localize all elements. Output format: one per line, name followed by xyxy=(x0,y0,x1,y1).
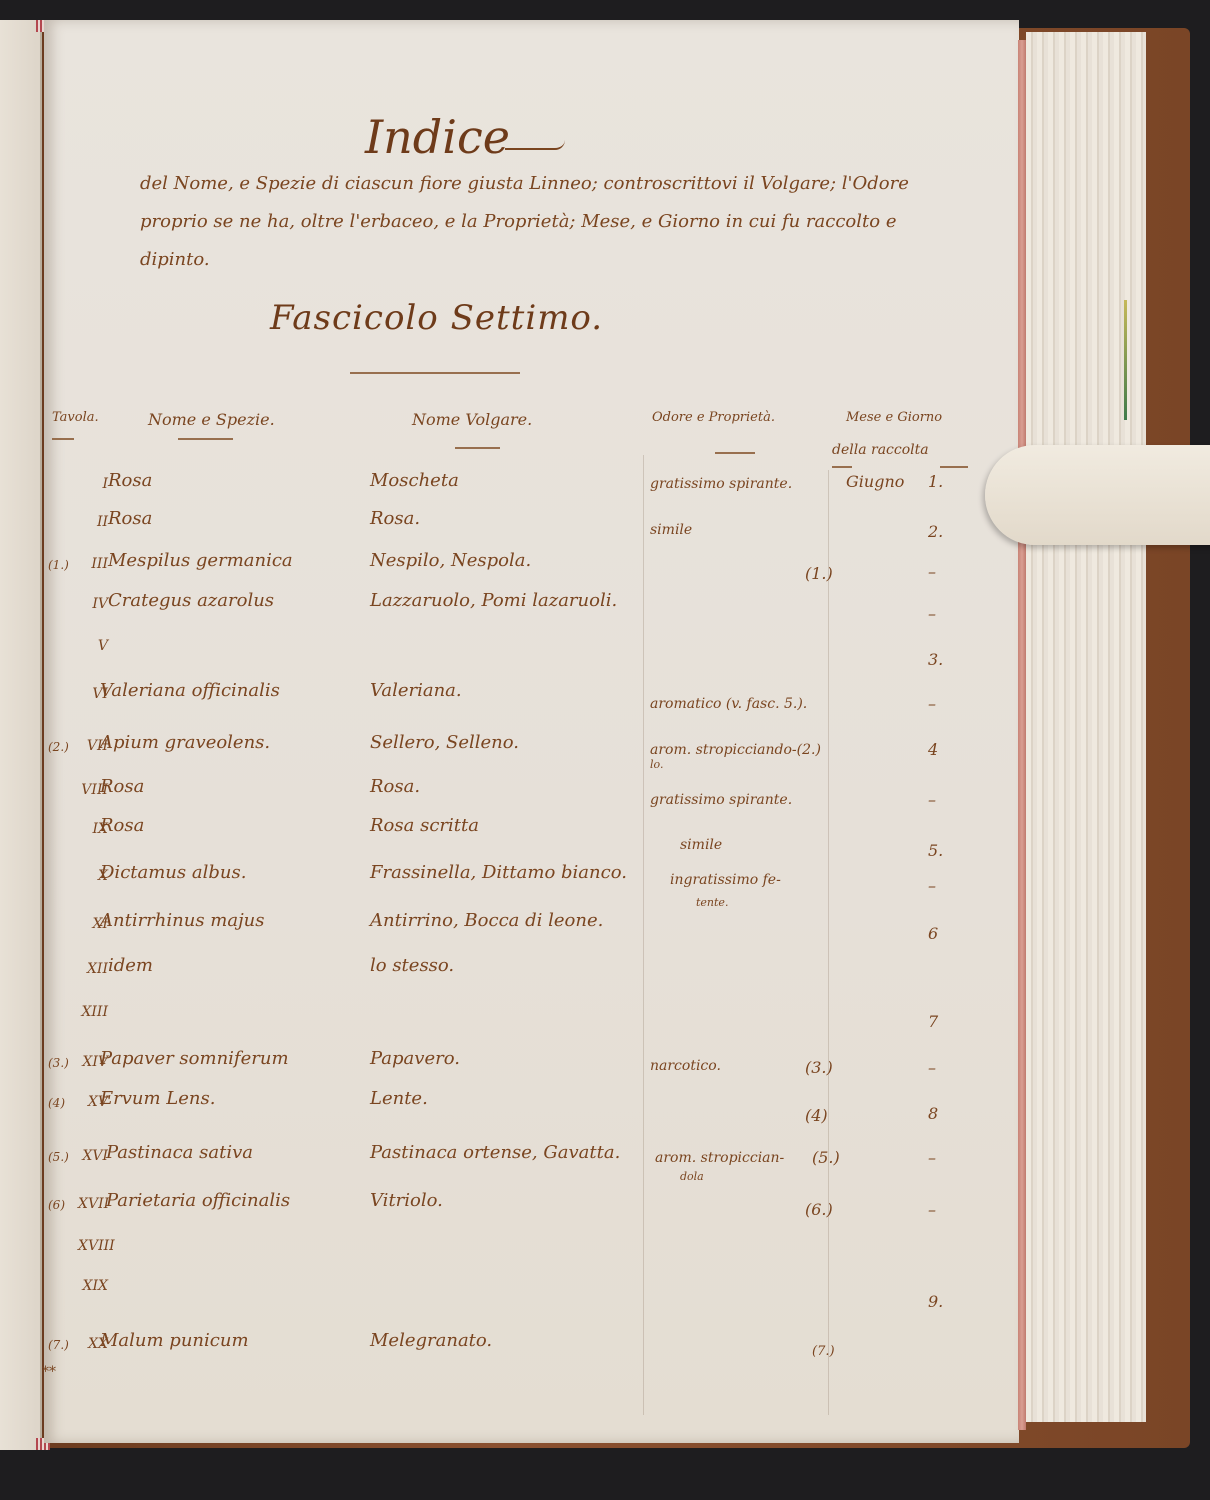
header-underline-nome xyxy=(178,438,233,440)
species-name: Dictamus albus. xyxy=(100,862,246,883)
day: – xyxy=(928,562,936,581)
table-row: (4) XV Ervum Lens. Lente. (4) 8 xyxy=(0,1088,1010,1128)
footnote-ref: (1.) xyxy=(805,564,833,583)
col-header-nome-spezie: Nome e Spezie. xyxy=(148,410,275,429)
species-name: Rosa xyxy=(108,470,152,491)
footnote-ref: (3.) xyxy=(805,1058,833,1077)
day: – xyxy=(928,876,936,895)
tavola-number: XIX xyxy=(78,1278,108,1294)
tavola-number: V xyxy=(78,638,108,654)
day: 9. xyxy=(928,1292,943,1311)
day: 8 xyxy=(928,1104,938,1123)
col-header-nome-volgare: Nome Volgare. xyxy=(412,410,532,429)
tavola-number: XVIII xyxy=(78,1238,108,1254)
section-heading: Fascicolo Settimo. xyxy=(270,298,603,338)
tavola-number: I xyxy=(78,476,108,492)
species-name: Valeriana officinalis xyxy=(100,680,280,701)
odore-proprieta: narcotico. xyxy=(650,1058,721,1074)
note-ref: (6) xyxy=(48,1198,65,1212)
species-name: Papaver somniferum xyxy=(100,1048,289,1069)
tavola-number: XVI xyxy=(78,1148,108,1164)
common-name: Moscheta xyxy=(370,470,459,491)
odore-continuation: lo. xyxy=(650,758,663,771)
day: 7 xyxy=(928,1012,938,1031)
day: 3. xyxy=(928,650,943,669)
tavola-number: IV xyxy=(78,596,108,612)
header-underline-tavola xyxy=(52,438,74,440)
day: – xyxy=(928,1200,936,1219)
table-row: XIX 9. xyxy=(0,1272,1010,1312)
red-page-edge xyxy=(1018,40,1026,1430)
common-name: Nespilo, Nespola. xyxy=(370,550,531,571)
month: Giugno xyxy=(846,472,904,491)
page-subtitle: del Nome, e Spezie di ciascun fiore gius… xyxy=(140,165,920,279)
common-name: Rosa scritta xyxy=(370,815,479,836)
table-row: X Dictamus albus. Frassinella, Dittamo b… xyxy=(0,862,1010,902)
odore-proprieta: aromatico (v. fasc. 5.). xyxy=(650,696,807,712)
species-name: idem xyxy=(108,955,153,976)
species-name: Rosa xyxy=(108,508,152,529)
col-header-mese-giorno: Mese e Giorno xyxy=(846,410,942,425)
table-row: V 3. xyxy=(0,632,1010,672)
table-row: VI Valeriana officinalis Valeriana. arom… xyxy=(0,680,1010,720)
table-row: (1.) III Mespilus germanica Nespilo, Nes… xyxy=(0,550,1010,590)
colored-plate-edge xyxy=(1124,300,1127,420)
note-ref: (3.) xyxy=(48,1056,69,1070)
footnote-ref: (5.) xyxy=(812,1148,840,1167)
common-name: Lente. xyxy=(370,1088,428,1109)
species-name: Antirrhinus majus xyxy=(100,910,265,931)
day: – xyxy=(928,790,936,809)
common-name: Pastinaca ortense, Gavatta. xyxy=(370,1142,620,1163)
header-underline-volgare xyxy=(455,447,500,449)
day: 5. xyxy=(928,841,943,860)
odore-proprieta: gratissimo spirante. xyxy=(650,476,792,492)
tavola-number: XVII xyxy=(78,1196,108,1212)
tavola-number: XII xyxy=(78,961,108,977)
day: 4 xyxy=(928,740,938,759)
odore-proprieta: gratissimo spirante. xyxy=(650,792,792,808)
table-row: XI Antirrhinus majus Antirrino, Bocca di… xyxy=(0,910,1010,950)
species-name: Malum punicum xyxy=(100,1330,249,1351)
odore-proprieta: arom. stropicciando-(2.) xyxy=(650,742,821,758)
common-name: Rosa. xyxy=(370,508,420,529)
common-name: Vitriolo. xyxy=(370,1190,443,1211)
common-name: Frassinella, Dittamo bianco. xyxy=(370,862,627,883)
marginal-mark-row: ** xyxy=(0,1356,1010,1396)
tavola-number: XIII xyxy=(78,1004,108,1020)
day: – xyxy=(928,1058,936,1077)
col-header-mese-giorno-sub: della raccolta xyxy=(832,442,929,458)
table-row: (6) XVII Parietaria officinalis Vitriolo… xyxy=(0,1190,1010,1230)
header-underline-mese xyxy=(832,466,852,468)
page-fore-edge xyxy=(1026,32,1146,1422)
table-row: VIII Rosa Rosa. gratissimo spirante. – xyxy=(0,776,1010,816)
odore-continuation: tente. xyxy=(696,896,728,909)
common-name: lo stesso. xyxy=(370,955,454,976)
species-name: Apium graveolens. xyxy=(100,732,270,753)
note-ref: (4) xyxy=(48,1096,65,1110)
day: 1. xyxy=(928,472,943,491)
footnote-ref: (6.) xyxy=(805,1200,833,1219)
page-title: Indice xyxy=(365,110,510,164)
odore-continuation: dola xyxy=(680,1170,704,1183)
species-name: Crategus azarolus xyxy=(108,590,274,611)
common-name: Sellero, Selleno. xyxy=(370,732,519,753)
common-name: Rosa. xyxy=(370,776,420,797)
day: 6 xyxy=(928,924,938,943)
table-row: IV Crategus azarolus Lazzaruolo, Pomi la… xyxy=(0,590,1010,630)
table-row: XIII 7 xyxy=(0,998,1010,1038)
note-ref: (2.) xyxy=(48,740,69,754)
section-underline xyxy=(350,372,520,374)
day: 2. xyxy=(928,522,943,541)
col-header-odore-proprieta: Odore e Proprietà. xyxy=(652,410,775,425)
note-ref: (1.) xyxy=(48,558,69,572)
species-name: Mespilus germanica xyxy=(108,550,293,571)
odore-proprieta: simile xyxy=(680,837,722,853)
odore-proprieta: simile xyxy=(650,522,692,538)
species-name: Pastinaca sativa xyxy=(106,1142,253,1163)
common-name: Antirrino, Bocca di leone. xyxy=(370,910,603,931)
table-row: II Rosa Rosa. simile 2. xyxy=(0,508,1010,548)
tavola-number: III xyxy=(78,556,108,572)
species-name: Rosa xyxy=(100,815,144,836)
footnote-ref: (4) xyxy=(805,1106,828,1125)
day: – xyxy=(928,1148,936,1167)
table-row: XII idem lo stesso. xyxy=(0,955,1010,995)
bone-bookmark xyxy=(985,445,1210,545)
common-name: Papavero. xyxy=(370,1048,460,1069)
note-ref: (7.) xyxy=(48,1338,69,1352)
table-row: I Rosa Moscheta gratissimo spirante. Giu… xyxy=(0,470,1010,510)
odore-proprieta: arom. stropiccian- xyxy=(655,1150,784,1166)
marginal-mark: ** xyxy=(42,1364,56,1380)
table-row: (2.) VII Apium graveolens. Sellero, Sell… xyxy=(0,732,1010,772)
common-name: Melegranato. xyxy=(370,1330,492,1351)
common-name: Lazzaruolo, Pomi lazaruoli. xyxy=(370,590,617,611)
header-underline-giorno xyxy=(940,466,968,468)
day: – xyxy=(928,694,936,713)
table-row: (5.) XVI Pastinaca sativa Pastinaca orte… xyxy=(0,1142,1010,1182)
table-row: XVIII xyxy=(0,1232,1010,1272)
col-header-tavola: Tavola. xyxy=(52,410,99,425)
day: – xyxy=(928,604,936,623)
note-ref: (5.) xyxy=(48,1150,69,1164)
common-name: Valeriana. xyxy=(370,680,462,701)
title-flourish xyxy=(505,140,565,150)
species-name: Parietaria officinalis xyxy=(106,1190,290,1211)
species-name: Rosa xyxy=(100,776,144,797)
tavola-number: II xyxy=(78,514,108,530)
table-row: (3.) XIV Papaver somniferum Papavero. na… xyxy=(0,1048,1010,1088)
table-row: IX Rosa Rosa scritta simile 5. xyxy=(0,815,1010,855)
odore-proprieta: ingratissimo fe- xyxy=(670,872,781,888)
header-underline-odore xyxy=(715,452,755,454)
species-name: Ervum Lens. xyxy=(100,1088,215,1109)
